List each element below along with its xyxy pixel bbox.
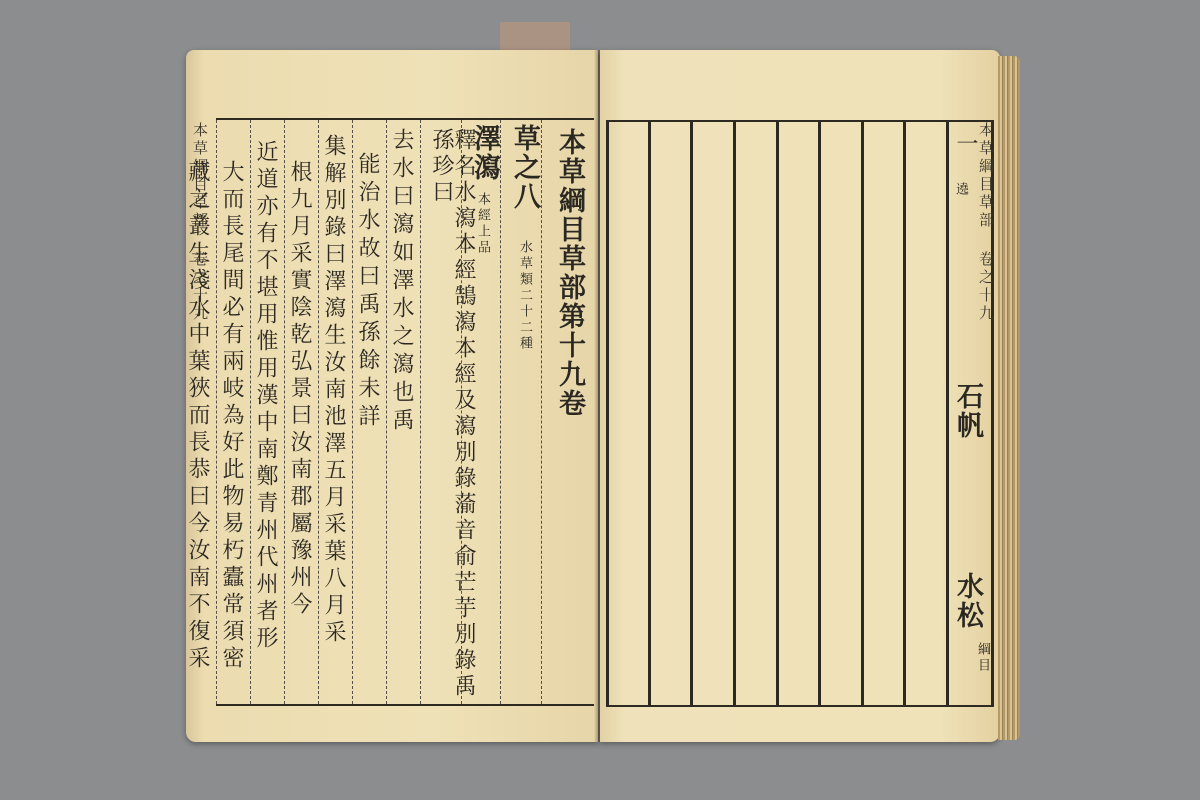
right-first-col-b: 遶 bbox=[954, 182, 967, 198]
left-page: 本草綱目草部 卷之十九 二 本草綱目草部第十九卷 草之八 水草類二十二種 澤瀉 … bbox=[186, 50, 598, 742]
text-column-4: 集解別錄曰澤瀉生汝南池澤五月采葉八月采 bbox=[322, 134, 344, 647]
right-first-col-a: 一 bbox=[954, 132, 976, 157]
text-column-3: 能治水故曰禹孫餘未詳 bbox=[356, 152, 378, 432]
entry-source: 本經上品 bbox=[476, 192, 489, 256]
chapter-heading: 本草綱目草部第十九卷 bbox=[556, 128, 583, 418]
section-heading: 草之八 bbox=[511, 124, 538, 211]
right-page: 一 遶 石帆 水松 綱目 本草綱目草部 卷之十九 bbox=[600, 50, 1000, 742]
text-column-1: 釋名水瀉本經鵠瀉本經及瀉別錄蕍音俞芒芋別錄禹孫珍曰 bbox=[430, 128, 474, 704]
right-first-col-stone-sail: 石帆 bbox=[954, 382, 981, 440]
text-column-5: 根九月采實陰乾弘景曰汝南郡屬豫州今 bbox=[288, 160, 310, 619]
right-first-col-water-pine: 水松 bbox=[954, 572, 981, 630]
text-column-7: 大而長尾間必有兩岐為好此物易朽蠹常須密 bbox=[220, 160, 242, 673]
left-text-frame: 本草綱目草部第十九卷 草之八 水草類二十二種 澤瀉 本經上品 釋名水瀉本經鵠瀉本… bbox=[216, 118, 594, 706]
right-text-frame: 一 遶 石帆 水松 綱目 bbox=[606, 120, 994, 707]
right-first-col-source: 綱目 bbox=[976, 642, 989, 674]
text-column-6: 近道亦有不堪用惟用漢中南鄭青州代州者形 bbox=[254, 140, 276, 653]
text-column-8: 藏之叢生淺水中葉狹而長恭曰今汝南不復采 bbox=[186, 160, 208, 673]
section-note: 水草類二十二種 bbox=[518, 240, 531, 352]
right-margin-title: 本草綱目草部 卷之十九 bbox=[978, 122, 993, 323]
text-column-2: 去水曰瀉如澤水之瀉也禹 bbox=[390, 128, 412, 436]
book-spread: 本草綱目草部 卷之十九 二 本草綱目草部第十九卷 草之八 水草類二十二種 澤瀉 … bbox=[186, 50, 1022, 748]
page-edges bbox=[998, 56, 1020, 740]
